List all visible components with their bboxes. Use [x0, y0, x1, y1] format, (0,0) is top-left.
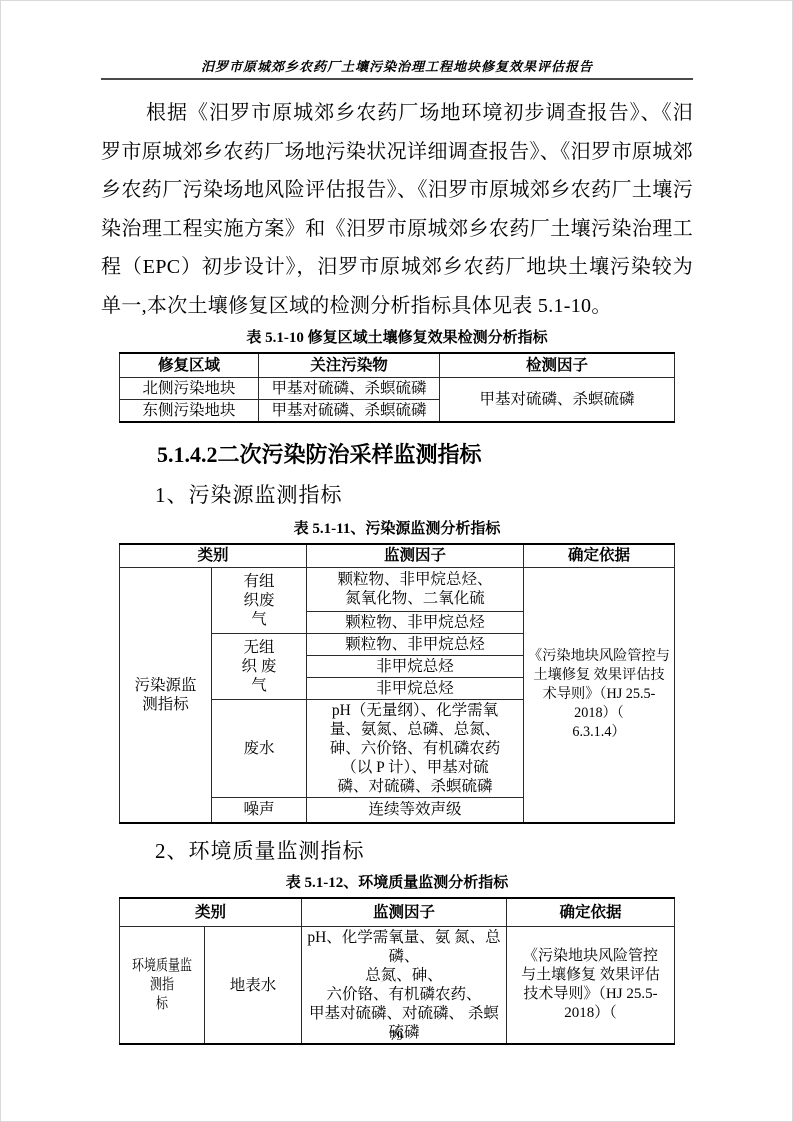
table-header-row: 类别 监测因子 确定依据 — [119, 898, 674, 927]
column-header-category: 类别 — [119, 544, 306, 568]
table-row: 北侧污染地块 甲基对硫磷、杀螟硫磷 甲基对硫磷、杀螟硫磷 — [120, 377, 675, 399]
cell-pollutants: 甲基对硫磷、杀螟硫磷 — [259, 377, 440, 399]
table-5-1-11-caption: 表 5.1-11、污染源监测分析指标 — [101, 520, 693, 539]
column-header-pollutants: 关注污染物 — [259, 353, 440, 378]
cell-factor: 颗粒物、非甲烷总烃 — [307, 633, 524, 655]
cell-basis: 《污染地块风险管控 与土壤修复 效果评估 技术导则》（HJ 25.5- 2018… — [507, 927, 675, 1045]
table-5-1-11: 类别 监测因子 确定依据 污染源监 测指标 有组 织废 气 颗粒物、非甲烷总烃、… — [119, 543, 675, 825]
column-header-repair-area: 修复区域 — [120, 353, 259, 378]
subsection-heading-1: 1、污染源监测指标 — [155, 483, 693, 508]
page-header: 汨罗市原城郊乡农药厂土壤污染治理工程地块修复效果评估报告 — [101, 59, 693, 80]
table-5-1-10-caption: 表 5.1-10 修复区域土壤修复效果检测分析指标 — [101, 329, 693, 348]
cell-category-pollution-source: 污染源监 测指标 — [119, 567, 211, 823]
page-number: 79 — [1, 1028, 792, 1044]
table-header-row: 修复区域 关注污染物 检测因子 — [120, 353, 675, 378]
cell-category-text: 环境质量监测指 标 — [130, 957, 194, 1014]
page-header-title: 汨罗市原城郊乡农药厂土壤污染治理工程地块修复效果评估报告 — [201, 59, 593, 74]
cell-basis: 《污染地块风险管控与 土壤修复 效果评估技 术导则》（HJ 25.5- 2018… — [524, 567, 675, 823]
table-row: 污染源监 测指标 有组 织废 气 颗粒物、非甲烷总烃、 氮氧化物、二氧化硫 《污… — [119, 567, 674, 611]
subsection-heading-2: 2、环境质量监测指标 — [155, 839, 693, 864]
body-paragraph: 根据《汨罗市原城郊乡农药厂场地环境初步调查报告》、《汨罗市原城郊乡农药厂场地污染… — [101, 94, 693, 326]
table-header-row: 类别 监测因子 确定依据 — [119, 544, 674, 568]
table-5-1-12: 类别 监测因子 确定依据 环境质量监测指 标 地表水 pH、化学需氧量、氨 氮、… — [119, 897, 675, 1045]
cell-factor-wastewater: pH（无量纲）、化学需氧 量、氨氮、总磷、总氮、 砷、六价铬、有机磷农药 （以 … — [307, 699, 524, 797]
column-header-basis: 确定依据 — [507, 898, 675, 927]
column-header-factor: 监测因子 — [307, 544, 524, 568]
cell-detection-factor: 甲基对硫磷、杀螟硫磷 — [440, 377, 675, 422]
cell-area: 北侧污染地块 — [120, 377, 259, 399]
cell-factor: 非甲烷总烃 — [307, 677, 524, 699]
cell-group-noise: 噪声 — [211, 797, 306, 823]
column-header-basis: 确定依据 — [524, 544, 675, 568]
section-heading: 5.1.4.2二次污染防治采样监测指标 — [157, 442, 693, 468]
cell-group-wastewater: 废水 — [211, 699, 306, 797]
cell-pollutants: 甲基对硫磷、杀螟硫磷 — [259, 399, 440, 422]
table-row: 环境质量监测指 标 地表水 pH、化学需氧量、氨 氮、总磷、 总氮、砷、 六价铬… — [119, 927, 674, 1045]
cell-group-unorganized-gas: 无组 织 废 气 — [211, 633, 306, 699]
cell-factor: 非甲烷总烃 — [307, 655, 524, 677]
table-5-1-12-caption: 表 5.1-12、环境质量监测分析指标 — [101, 874, 693, 893]
cell-group-organized-gas: 有组 织废 气 — [211, 567, 306, 633]
document-page: 汨罗市原城郊乡农药厂土壤污染治理工程地块修复效果评估报告 根据《汨罗市原城郊乡农… — [0, 0, 793, 1122]
cell-category-environment-quality: 环境质量监测指 标 — [119, 927, 204, 1045]
cell-factor: 颗粒物、非甲烷总烃、 氮氧化物、二氧化硫 — [307, 567, 524, 611]
cell-factor: 颗粒物、非甲烷总烃 — [307, 611, 524, 633]
column-header-detection-factor: 检测因子 — [440, 353, 675, 378]
cell-group-surface-water: 地表水 — [204, 927, 301, 1045]
column-header-factor: 监测因子 — [302, 898, 507, 927]
table-5-1-10: 修复区域 关注污染物 检测因子 北侧污染地块 甲基对硫磷、杀螟硫磷 甲基对硫磷、… — [119, 352, 675, 423]
cell-factor: pH、化学需氧量、氨 氮、总磷、 总氮、砷、 六价铬、有机磷农药、 甲基对硫磷、… — [302, 927, 507, 1045]
cell-area: 东侧污染地块 — [120, 399, 259, 422]
column-header-category: 类别 — [119, 898, 301, 927]
cell-factor-noise: 连续等效声级 — [307, 797, 524, 823]
